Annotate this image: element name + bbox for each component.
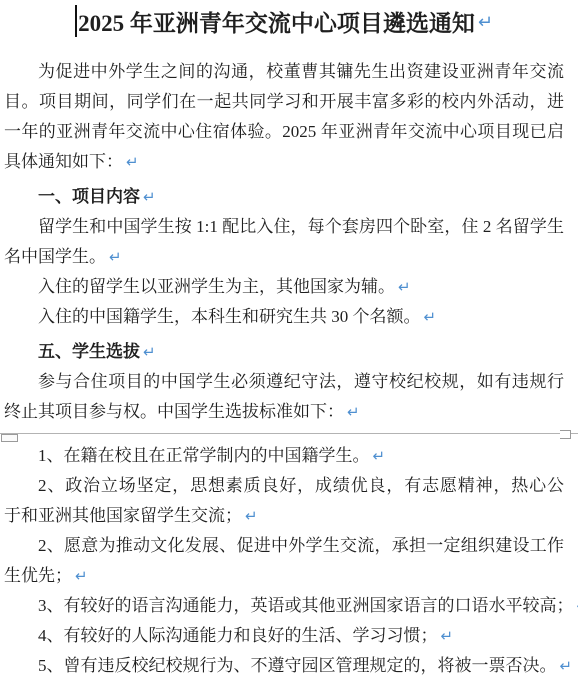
- paragraph-mark-icon: ↵: [126, 153, 139, 171]
- section-heading-1[interactable]: 一、项目内容↵: [4, 182, 564, 212]
- doc-line[interactable]: 入住的留学生以亚洲学生为主，其他国家为辅。↵: [4, 272, 564, 302]
- page-edge-left-mark: [1, 434, 18, 442]
- paragraph-mark-icon: ↵: [441, 627, 454, 645]
- doc-line[interactable]: 入住的中国籍学生，本科生和研究生共 30 个名额。↵: [4, 302, 564, 332]
- criteria-item[interactable]: 生优先；↵: [4, 561, 564, 591]
- doc-line[interactable]: 名中国学生。↵: [4, 242, 564, 272]
- paragraph-mark-icon: ↵: [373, 447, 386, 465]
- paragraph-mark-icon: ↵: [560, 657, 573, 675]
- doc-line[interactable]: 目。项目期间，同学们在一起共同学习和开展丰富多彩的校内外活动，进行为期: [4, 87, 564, 117]
- paragraph-mark-icon: ↵: [143, 188, 156, 206]
- paragraph-mark-icon: ↵: [75, 567, 88, 585]
- criteria-item[interactable]: 于和亚洲其他国家留学生交流；↵: [4, 501, 564, 531]
- doc-line[interactable]: 留学生和中国学生按 1:1 配比入住，每个套房四个卧室，住 2 名留学生和 2: [4, 212, 564, 242]
- paragraph-mark-icon: ↵: [398, 278, 411, 296]
- doc-line[interactable]: 终止其项目参与权。中国学生选拔标准如下：↵: [4, 397, 564, 427]
- paragraph-mark-icon: ↵: [245, 507, 258, 525]
- criteria-item[interactable]: 2、政治立场坚定，思想素质良好，成绩优良，有志愿精神，热心公益，乐: [4, 471, 564, 501]
- page-edge-right-mark: [560, 430, 571, 439]
- paragraph-mark-icon: ↵: [109, 248, 122, 266]
- word-document-page[interactable]: 2025 年亚洲青年交流中心项目遴选通知↵ 为促进中外学生之间的沟通，校董曹其镛…: [0, 0, 578, 680]
- paragraph-mark-icon: ↵: [478, 12, 493, 33]
- criteria-item[interactable]: 3、有较好的语言沟通能力，英语或其他亚洲国家语言的口语水平较高；↵: [4, 591, 564, 621]
- criteria-item[interactable]: 5、曾有违反校纪校规行为、不遵守园区管理规定的，将被一票否决。↵: [4, 651, 564, 680]
- criteria-item[interactable]: 2、愿意为推动文化发展、促进中外学生交流，承担一定组织建设工作的学: [4, 531, 564, 561]
- doc-line[interactable]: 为促进中外学生之间的沟通，校董曹其镛先生出资建设亚洲青年交流中心项: [4, 57, 564, 87]
- criteria-item[interactable]: 1、在籍在校且在正常学制内的中国籍学生。↵: [4, 441, 564, 471]
- doc-line[interactable]: 具体通知如下：↵: [4, 147, 564, 177]
- paragraph-mark-icon: ↵: [424, 308, 437, 326]
- page-break-divider: [0, 427, 578, 441]
- paragraph-mark-icon: ↵: [143, 343, 156, 361]
- criteria-item[interactable]: 4、有较好的人际沟通能力和良好的生活、学习习惯；↵: [4, 621, 564, 651]
- doc-line[interactable]: 一年的亚洲青年交流中心住宿体验。2025 年亚洲青年交流中心项目现已启动，: [4, 117, 564, 147]
- document-title-text: 2025 年亚洲青年交流中心项目遴选通知: [78, 11, 475, 36]
- document-title[interactable]: 2025 年亚洲青年交流中心项目遴选通知↵: [4, 0, 564, 45]
- paragraph-mark-icon: ↵: [347, 403, 360, 421]
- section-heading-5[interactable]: 五、学生选拔↵: [4, 337, 564, 367]
- doc-line[interactable]: 参与合住项目的中国学生必须遵纪守法，遵守校纪校规，如有违规行为，将: [4, 367, 564, 397]
- page-break-line: [0, 433, 578, 434]
- text-cursor-caret: [75, 5, 77, 37]
